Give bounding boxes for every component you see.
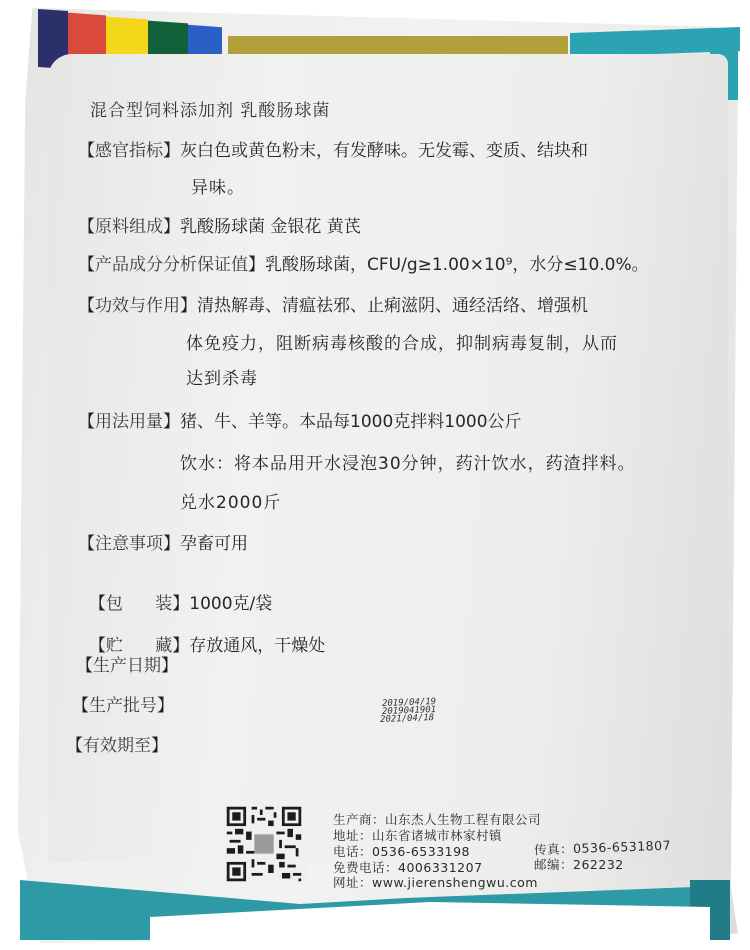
section-label: 生产日期 <box>93 656 161 676</box>
manufacturer-label: 生产商： <box>333 812 385 827</box>
section-label: 感官指标 <box>95 141 163 161</box>
section-value: 存放通风，干燥处 <box>189 636 325 656</box>
manufacturer-value: 山东杰人生物工程有限公司 <box>385 812 541 827</box>
manufacturer-website: 网址：www.jierenshengwu.com <box>333 873 538 891</box>
section-label: 原料组成 <box>95 217 163 237</box>
section-value: 清热解毒、清瘟祛邪、止痢滋阴、通经活络、增强机 <box>197 296 588 316</box>
section-ingredients: 【原料组成】乳酸肠球菌 金银花 黄芪 <box>78 212 361 237</box>
section-storage: 【贮 藏】存放通风，干燥处 <box>78 611 325 656</box>
phone-label: 电话： <box>333 844 372 859</box>
postcode-label: 邮编： <box>534 857 573 872</box>
postcode-value: 262232 <box>573 857 624 872</box>
qr-code-icon <box>221 804 307 884</box>
section-value: 猪、牛、羊等。本品每1000克拌料1000公斤 <box>180 412 522 432</box>
section-batch-number: 【生产批号】 <box>72 691 174 716</box>
section-label: 有效期至 <box>83 736 151 756</box>
section-label: 产品成分分析保证值 <box>95 255 248 275</box>
section-continuation: 异味。 <box>191 173 245 198</box>
qr-code <box>221 804 307 884</box>
section-production-date: 【生产日期】 <box>76 651 178 676</box>
address-value: 山东省诸城市林家村镇 <box>372 828 502 843</box>
section-expiry-date: 【有效期至】 <box>66 731 168 756</box>
section-continuation: 兑水2000斤 <box>180 488 281 513</box>
product-title: 混合型饲料添加剂 乳酸肠球菌 <box>90 96 330 121</box>
section-packaging: 【包 装】1000克/袋 <box>78 569 272 614</box>
stamp-expiry-date: 2021/04/18 <box>380 714 434 725</box>
section-value: 孕畜可用 <box>180 534 248 554</box>
manufacturer-postcode: 邮编：262232 <box>534 855 624 873</box>
section-continuation: 饮水：将本品用开水浸泡30分钟，药汁饮水，药渣拌料。 <box>180 449 636 474</box>
address-label: 地址： <box>333 828 372 843</box>
section-label: 功效与作用 <box>95 296 180 316</box>
section-precautions: 【注意事项】孕畜可用 <box>78 529 248 554</box>
olive-band <box>228 36 568 54</box>
section-sensory: 【感官指标】灰白色或黄色粉末，有发酵味。无发霉、变质、结块和 <box>78 136 588 161</box>
section-label: 用法用量 <box>95 412 163 432</box>
section-value: 乳酸肠球菌，CFU/g≥1.00×10⁹，水分≤10.0%。 <box>265 255 649 275</box>
section-continuation: 体免疫力，阻断病毒核酸的合成，抑制病毒复制，从而 <box>186 329 618 354</box>
section-value: 灰白色或黄色粉末，有发酵味。无发霉、变质、结块和 <box>180 141 588 161</box>
red-stripe <box>68 13 106 58</box>
fax-value: 0536-6531807 <box>573 838 671 856</box>
website-label: 网址： <box>333 875 372 890</box>
website-value: www.jierenshengwu.com <box>372 875 538 890</box>
section-dosage: 【用法用量】猪、牛、羊等。本品每1000克拌料1000公斤 <box>78 407 522 432</box>
phone-value: 0536-6533198 <box>372 844 470 859</box>
section-efficacy: 【功效与作用】清热解毒、清瘟祛邪、止痢滋阴、通经活络、增强机 <box>78 291 588 316</box>
section-continuation: 达到杀毒 <box>186 364 258 389</box>
section-guaranteed-analysis: 【产品成分分析保证值】乳酸肠球菌，CFU/g≥1.00×10⁹，水分≤10.0%… <box>78 250 649 275</box>
section-value: 乳酸肠球菌 金银花 黄芪 <box>180 217 361 237</box>
section-label: 生产批号 <box>89 696 157 716</box>
section-label: 注意事项 <box>95 534 163 554</box>
